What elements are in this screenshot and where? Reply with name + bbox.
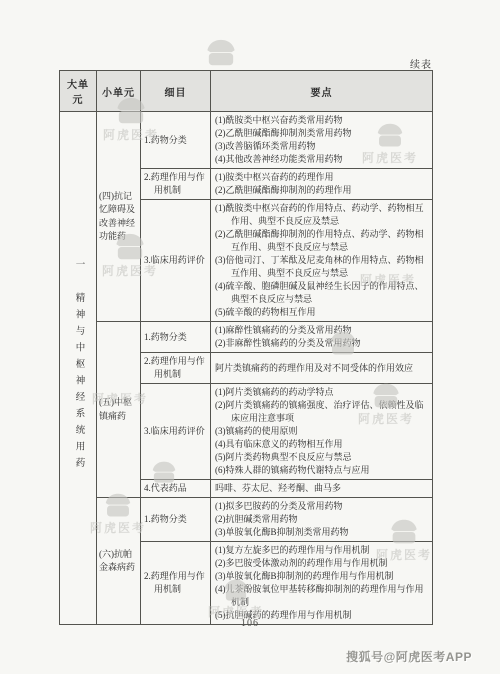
point-line: (4)具有临床意义的药物相互作用 (215, 438, 428, 451)
point-line: (3)镇痛药的使用原则 (215, 425, 428, 438)
point-line: (1)酰胺类中枢兴奋药类常用药物 (215, 114, 428, 127)
item-cell: 1.药物分类 (141, 112, 211, 169)
table-row: (六)抗帕金森病药1.药物分类(1)拟多巴胺药的分类及常用药物(2)抗胆碱类常用… (60, 498, 433, 542)
point-line: (4)其他改善神经功能类常用药物 (215, 153, 428, 166)
points-cell: (1)麻醉性镇痛药的分类及常用药物(2)非麻醉性镇痛药的分类及常用药物 (211, 322, 433, 353)
point-line: (1)胺类中枢兴奋药的药理作用 (215, 171, 428, 184)
item-label: 1.药物分类 (144, 331, 207, 344)
point-line: (2)非麻醉性镇痛药的分类及常用药物 (215, 337, 428, 350)
item-cell: 2.药理作用与作用机制 (141, 542, 211, 625)
points-cell: (1)酰胺类中枢兴奋药的作用特点、药动学、药物相互作用、典型不良反应及禁忌(2)… (211, 200, 433, 322)
points-cell: (1)胺类中枢兴奋药的药理作用(2)乙酰胆碱酯酶抑制剂的药理作用 (211, 169, 433, 200)
point-line: (6)特殊人群的镇痛药物代谢特点与应用 (215, 464, 428, 477)
major-unit-vertical-text: 一 精神与中枢神经系统用药 (71, 259, 86, 474)
point-line: (2)乙酰胆碱酯酶抑制剂类常用药物 (215, 127, 428, 140)
col-header-sub-unit: 小单元 (97, 71, 141, 112)
point-line: (2)阿片类镇痛药的镇痛强度、治疗评估、依赖性及临床应用注意事项 (215, 399, 428, 425)
point-line: (3)单胺氧化酶B抑制剂类常用药物 (215, 526, 428, 539)
table-row: 一 精神与中枢神经系统用药(四)抗记忆障碍及改善神经功能药1.药物分类(1)酰胺… (60, 112, 433, 169)
scanned-page: 续表 大单元 小单元 细目 要点 一 精神与中枢神经系统用药(四)抗记忆障碍及改… (0, 0, 500, 674)
point-line: (5)阿片类药物典型不良反应与禁忌 (215, 451, 428, 464)
point-line: (2)乙酰胆碱酯酶抑制剂的药理作用 (215, 184, 428, 197)
item-label: 3.临床用药评价 (144, 425, 207, 438)
item-cell: 3.临床用药评价 (141, 384, 211, 480)
point-line: (3)倍他司汀、丁苯酞及尼麦角林的作用特点、药物相互作用、典型不良反应与禁忌 (215, 254, 428, 280)
ahu-logo-icon (202, 38, 240, 68)
points-cell: (1)复方左旋多巴的药理作用与作用机制(2)多巴胺受体激动剂的药理作用与作用机制… (211, 542, 433, 625)
col-header-major-unit: 大单元 (60, 71, 97, 112)
item-cell: 4.代表药品 (141, 480, 211, 498)
point-line: (4)儿茶酚胺氧位甲基转移酶抑制剂的药理作用与作用机制 (215, 583, 428, 609)
item-label: 3.临床用药评价 (144, 254, 207, 267)
point-line: 吗啡、芬太尼、羟考酮、曲马多 (215, 482, 428, 495)
syllabus-table: 大单元 小单元 细目 要点 一 精神与中枢神经系统用药(四)抗记忆障碍及改善神经… (59, 70, 433, 625)
item-label: 1.药物分类 (144, 134, 207, 147)
points-cell: (1)酰胺类中枢兴奋药类常用药物(2)乙酰胆碱酯酶抑制剂类常用药物(3)改善脑循… (211, 112, 433, 169)
point-line: (1)麻醉性镇痛药的分类及常用药物 (215, 324, 428, 337)
point-line: (1)酰胺类中枢兴奋药的作用特点、药动学、药物相互作用、典型不良反应及禁忌 (215, 202, 428, 228)
page-number: 106 (0, 618, 500, 629)
footer-watermark: 搜狐号@阿虎医考APP (346, 648, 472, 665)
table-row: (五)中枢镇痛药1.药物分类(1)麻醉性镇痛药的分类及常用药物(2)非麻醉性镇痛… (60, 322, 433, 353)
sub-unit-cell: (四)抗记忆障碍及改善神经功能药 (97, 112, 141, 322)
point-line: (1)复方左旋多巴的药理作用与作用机制 (215, 544, 428, 557)
points-cell: (1)阿片类镇痛药的药动学特点(2)阿片类镇痛药的镇痛强度、治疗评估、依赖性及临… (211, 384, 433, 480)
item-label: 1.药物分类 (144, 513, 207, 526)
item-label: 2.药理作用与作用机制 (144, 570, 207, 596)
point-line: (2)乙酰胆碱酯酶抑制剂的作用特点、药动学、药物相互作用、典型不良反应与禁忌 (215, 228, 428, 254)
points-cell: 吗啡、芬太尼、羟考酮、曲马多 (211, 480, 433, 498)
point-line: (5)硫辛酸的药物相互作用 (215, 306, 428, 319)
item-label: 4.代表药品 (144, 482, 207, 495)
point-line: (3)改善脑循环类常用药物 (215, 140, 428, 153)
sub-unit-cell: (六)抗帕金森病药 (97, 498, 141, 625)
point-line: (3)单胺氧化酶B抑制剂的药理作用与作用机制 (215, 570, 428, 583)
syllabus-table-body: 一 精神与中枢神经系统用药(四)抗记忆障碍及改善神经功能药1.药物分类(1)酰胺… (60, 112, 433, 625)
points-cell: (1)拟多巴胺药的分类及常用药物(2)抗胆碱类常用药物(3)单胺氧化酶B抑制剂类… (211, 498, 433, 542)
item-cell: 1.药物分类 (141, 498, 211, 542)
continued-table-label: 续表 (410, 56, 432, 71)
point-line: (2)抗胆碱类常用药物 (215, 513, 428, 526)
major-unit-cell: 一 精神与中枢神经系统用药 (60, 112, 97, 625)
point-line: (2)多巴胺受体激动剂的药理作用与作用机制 (215, 557, 428, 570)
point-line: (1)阿片类镇痛药的药动学特点 (215, 386, 428, 399)
item-cell: 2.药理作用与作用机制 (141, 353, 211, 384)
item-label: 2.药理作用与作用机制 (144, 171, 207, 197)
point-line: (4)硫辛酸、胞磷胆碱及鼠神经生长因子的作用特点、典型不良反应与禁忌 (215, 280, 428, 306)
point-line: (1)拟多巴胺药的分类及常用药物 (215, 500, 428, 513)
item-cell: 1.药物分类 (141, 322, 211, 353)
table-header-row: 大单元 小单元 细目 要点 (60, 71, 433, 112)
col-header-item: 细目 (141, 71, 211, 112)
points-cell: 阿片类镇痛药的药理作用及对不同受体的作用效应 (211, 353, 433, 384)
item-cell: 3.临床用药评价 (141, 200, 211, 322)
point-line: 阿片类镇痛药的药理作用及对不同受体的作用效应 (215, 362, 428, 375)
sub-unit-cell: (五)中枢镇痛药 (97, 322, 141, 498)
item-label: 2.药理作用与作用机制 (144, 355, 207, 381)
item-cell: 2.药理作用与作用机制 (141, 169, 211, 200)
col-header-points: 要点 (211, 71, 433, 112)
watermark (202, 38, 240, 68)
